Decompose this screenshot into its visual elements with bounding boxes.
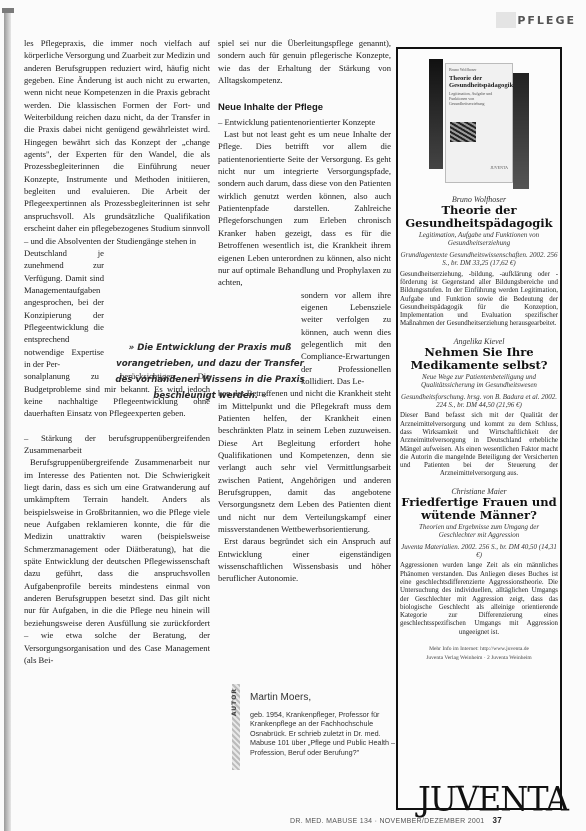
book-listing: Bruno Wolfhoser Theorie der Gesundheitsp… (400, 195, 558, 329)
publisher-advertisement: Bruno Wolfhoser Theorie der Gesundheitsp… (396, 47, 562, 810)
book-meta: Juventa Materialien. 2002. 256 S., br. D… (400, 543, 558, 560)
book-title: Friedfertige Frauen und wütende Männer? (400, 496, 558, 522)
book-cover-image: Bruno Wolfhoser Theorie der Gesundheitsp… (427, 59, 531, 191)
ad-contact-web[interactable]: Mehr Info im Internet: http://www.juvent… (400, 645, 558, 654)
book-listing: Christiane Maier Friedfertige Frauen und… (400, 487, 558, 637)
cover-author: Bruno Wolfhoser (449, 67, 509, 72)
ad-contact-address: Juventa Verlag Weinheim · 2 Juventa Wein… (400, 654, 558, 663)
article-paragraph: Erst daraus begründet sich ein Anspruch … (218, 535, 391, 584)
author-name: Martin Moers, (250, 692, 311, 703)
cover-subtitle: Legitimation, Aufgabe und Funktionen von… (449, 91, 509, 106)
article-column-2: spiel sei nur die Überleitungspflege gen… (218, 37, 391, 585)
book-subtitle: Theorien und Ergebnisse zum Umgang der G… (400, 523, 558, 540)
book-meta: Grundlagentexte Gesundheitswissenschafte… (400, 251, 558, 268)
author-bio: geb. 1954, Krankenpfleger, Professor für… (250, 710, 400, 757)
author-box: AUTOR Martin Moers, geb. 1954, Krankenpf… (232, 684, 402, 770)
column-1-narrow-block: Deutschland je zunehmend zur Verfügung. … (24, 247, 104, 370)
publisher-logo: JUVENTA (418, 779, 568, 819)
book-description: Gesundheitserziehung, -bildung, -aufklär… (400, 271, 558, 329)
book-description: Dieser Band befasst sich mit der Qualitä… (400, 412, 558, 478)
article-paragraph: Berufsgruppenübergreifende Zusammenarbei… (24, 456, 210, 666)
book-title: Nehmen Sie Ihre Medikamente selbst? (400, 346, 558, 372)
book-spine-right (513, 73, 529, 189)
book-title: Theorie der Gesundheitspädagogik (400, 204, 558, 230)
paragraph-gap (218, 86, 391, 98)
book-subtitle: Legitimation, Aufgabe und Funktionen von… (400, 231, 558, 248)
book-cover: Bruno Wolfhoser Theorie der Gesundheitsp… (445, 63, 513, 183)
page-binding-cap (2, 8, 14, 13)
book-meta: Gesundheitsforschung. hrsg. von B. Badur… (400, 393, 558, 410)
article-bullet: – Stärkung der berufsgruppenübergreifend… (24, 432, 210, 457)
article-bullet: – Entwicklung patientenorientierter Konz… (218, 116, 391, 128)
article-paragraph: les Pflegepraxis, die immer noch vielfac… (24, 37, 210, 247)
cover-publisher: JUVENTA (490, 165, 508, 170)
cover-title: Theorie der Gesundheitspädagogik (449, 75, 509, 89)
section-tag-shadow (496, 12, 516, 28)
author-tag: AUTOR (231, 688, 238, 716)
pull-quote: » Die Entwicklung der Praxis muß vorange… (110, 340, 310, 404)
article-paragraph: Deutschland je zunehmend zur Verfügung. … (24, 247, 104, 370)
journal-issue: DR. MED. MABUSE 134 · NOVEMBER/DEZEMBER … (290, 818, 484, 825)
paragraph-gap (24, 420, 210, 432)
page-binding-edge (4, 8, 11, 831)
column-2-narrow-block: sondern vor allem ihre eigenen Lebenszie… (301, 289, 391, 388)
article-paragraph: ben des Betroffenen und nicht die Krankh… (218, 387, 391, 535)
article-paragraph: sondern vor allem ihre eigenen Lebenszie… (301, 289, 391, 388)
article-paragraph: Last but not least geht es um neue Inhal… (218, 128, 391, 288)
article-paragraph: spiel sei nur die Überleitungspflege gen… (218, 37, 391, 86)
book-subtitle: Neue Wege zur Patientenbeteiligung und Q… (400, 373, 558, 390)
section-heading: Neue Inhalte der Pflege (218, 102, 391, 114)
section-tag: PFLEGE (517, 14, 576, 27)
book-description: Aggressionen wurden lange Zeit als ein m… (400, 562, 558, 637)
book-spine-left (429, 59, 443, 169)
cover-illustration-icon (450, 122, 476, 142)
book-listing: Angelika Kievel Nehmen Sie Ihre Medikame… (400, 337, 558, 479)
